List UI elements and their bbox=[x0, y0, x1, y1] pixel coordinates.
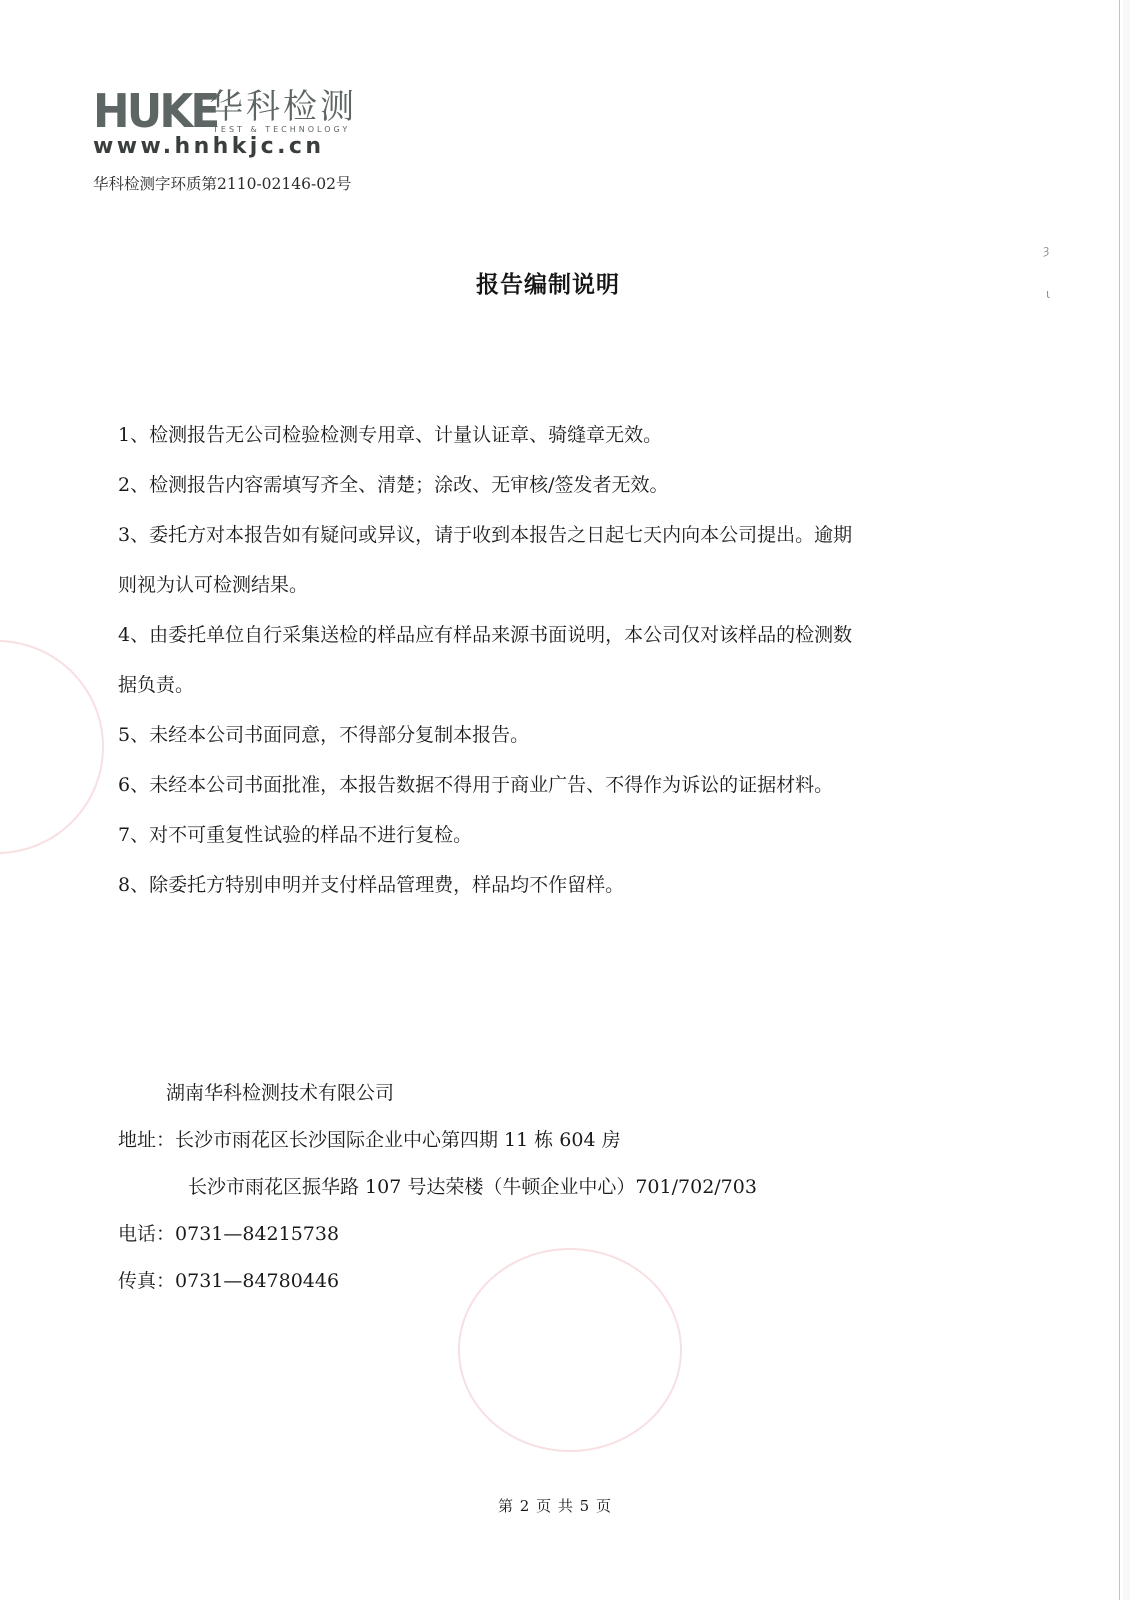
rule-line: 据负责。 bbox=[118, 660, 978, 710]
rule-line: 2、检测报告内容需填写齐全、清楚；涂改、无审核/签发者无效。 bbox=[118, 460, 978, 510]
scan-mark: ȝ bbox=[1043, 243, 1049, 257]
logo-chinese-name: 华科检测 bbox=[209, 88, 357, 126]
rule-line: 8、除委托方特别申明并支付样品管理费，样品均不作留样。 bbox=[118, 860, 978, 910]
page-title: 报告编制说明 bbox=[0, 266, 1096, 299]
address-line-2: 长沙市雨花区振华路 107 号达荣楼（牛顿企业中心）701/702/703 bbox=[118, 1164, 1018, 1211]
fax-value: 0731—84780446 bbox=[175, 1270, 339, 1292]
logo-tagline: TEST & TECHNOLOGY bbox=[213, 125, 350, 134]
phone-value: 0731—84215738 bbox=[175, 1223, 339, 1245]
address-line-1: 地址：长沙市雨花区长沙国际企业中心第四期 11 栋 604 房 bbox=[118, 1117, 1018, 1164]
seal-stamp-left bbox=[0, 640, 104, 854]
rule-line: 3、委托方对本报告如有疑问或异议，请于收到本报告之日起七天内向本公司提出。逾期 bbox=[118, 510, 978, 560]
rules-list: 1、检测报告无公司检验检测专用章、计量认证章、骑缝章无效。 2、检测报告内容需填… bbox=[118, 410, 978, 910]
address-label: 地址： bbox=[118, 1129, 175, 1151]
rule-line: 则视为认可检测结果。 bbox=[118, 560, 978, 610]
company-contact: 湖南华科检测技术有限公司 地址：长沙市雨花区长沙国际企业中心第四期 11 栋 6… bbox=[118, 1070, 1018, 1305]
logo-mark: HUKE bbox=[93, 88, 217, 134]
rule-line: 7、对不可重复性试验的样品不进行复检。 bbox=[118, 810, 978, 860]
page-indicator: 第 2 页 共 5 页 bbox=[0, 1495, 1110, 1516]
rule-line: 1、检测报告无公司检验检测专用章、计量认证章、骑缝章无效。 bbox=[118, 410, 978, 460]
phone-label: 电话： bbox=[118, 1223, 175, 1245]
fax-line: 传真：0731—84780446 bbox=[118, 1258, 1018, 1305]
company-name: 湖南华科检测技术有限公司 bbox=[118, 1070, 1018, 1117]
scan-edge-shade bbox=[1123, 0, 1130, 1600]
scan-edge-line bbox=[1119, 0, 1120, 1600]
rule-line: 6、未经本公司书面批准，本报告数据不得用于商业广告、不得作为诉讼的证据材料。 bbox=[118, 760, 978, 810]
rule-line: 4、由委托单位自行采集送检的样品应有样品来源书面说明，本公司仅对该样品的检测数 bbox=[118, 610, 978, 660]
fax-label: 传真： bbox=[118, 1270, 175, 1292]
address-value-1: 长沙市雨花区长沙国际企业中心第四期 11 栋 604 房 bbox=[175, 1129, 621, 1151]
company-website: www.hnhkjc.cn bbox=[93, 135, 324, 159]
phone-line: 电话：0731—84215738 bbox=[118, 1211, 1018, 1258]
report-number: 华科检测字环质第2110-02146-02号 bbox=[93, 174, 351, 194]
document-page: ȝ ɩ HUKE 华科检测 TEST & TECHNOLOGY www.hnhk… bbox=[0, 0, 1130, 1600]
rule-line: 5、未经本公司书面同意，不得部分复制本报告。 bbox=[118, 710, 978, 760]
